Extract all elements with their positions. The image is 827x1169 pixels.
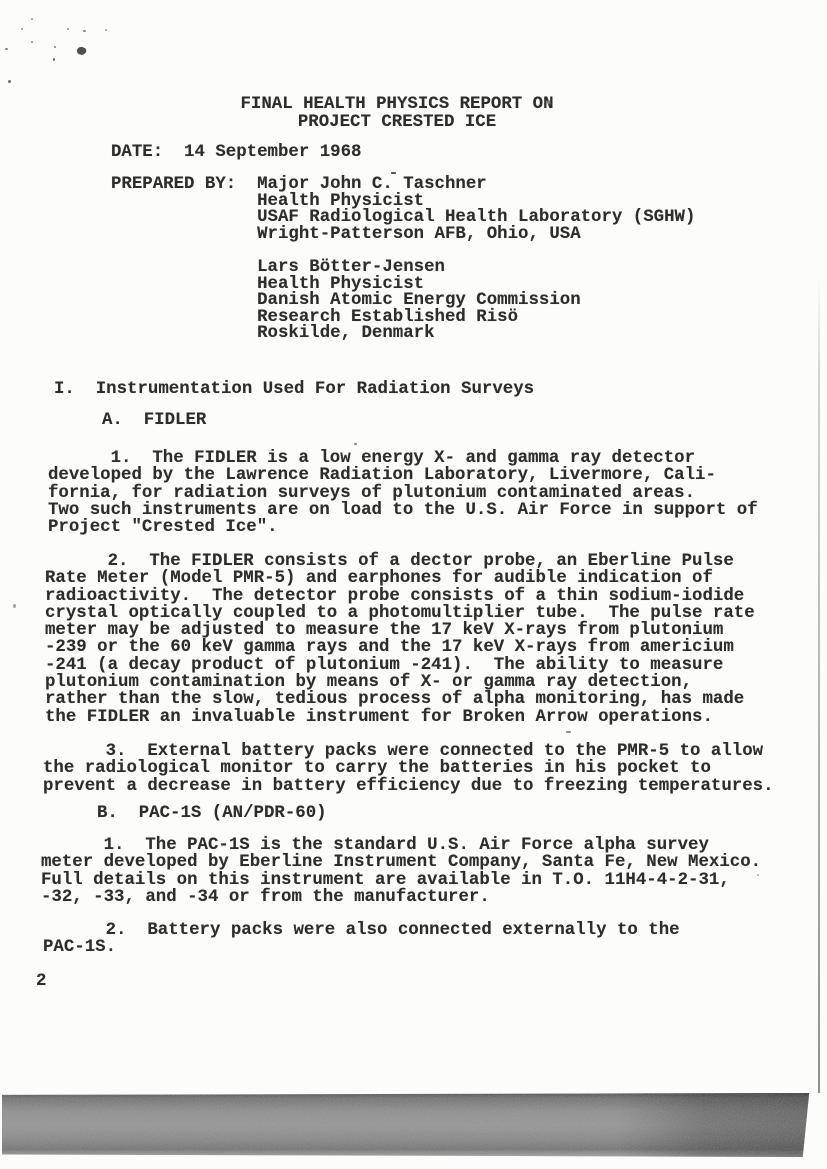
scan-speck [67,28,69,30]
scan-speck [8,80,11,83]
scan-speck [53,58,55,61]
paragraph-a2: 2. The FIDLER consists of a dector probe… [45,553,755,726]
page-number: 2 [36,973,46,990]
scan-speck [566,731,571,733]
scanned-document-page: FINAL HEALTH PHYSICS REPORT ON PROJECT C… [0,0,827,1169]
scan-speck [757,874,759,876]
section-i-heading: I. Instrumentation Used For Radiation Su… [54,381,534,398]
scan-speck [54,46,56,48]
subsection-b-heading: B. PAC-1S (AN/PDR-60) [97,805,327,822]
scan-speck [21,28,23,30]
scan-speck [13,604,16,608]
scan-band-noise [2,1093,810,1157]
scan-speck [5,48,8,50]
paragraph-a3: 3. External battery packs were connected… [43,743,774,795]
subsection-a-heading: A. FIDLER [102,412,206,429]
paper-edge-line [818,278,820,1093]
scanner-artifact-band [2,1093,810,1157]
scan-speck [31,18,33,20]
paragraph-a1: 1. The FIDLER is a low energy X- and gam… [48,450,758,536]
scan-speck [547,100,550,104]
date-line: DATE: 14 September 1968 [111,144,361,161]
paragraph-b2: 2. Battery packs were also connected ext… [43,922,680,957]
document-title: FINAL HEALTH PHYSICS REPORT ON PROJECT C… [187,96,607,131]
scan-speck [76,45,88,56]
scan-speck [391,172,396,174]
scan-speck [105,29,107,31]
prepared-by-block: PREPARED BY: Major John C. Taschner Heal… [111,177,695,343]
paragraph-b1: 1. The PAC-1S is the standard U.S. Air F… [41,837,761,906]
scan-speck [83,30,86,32]
scan-speck [31,41,33,43]
scan-speck [354,443,357,445]
